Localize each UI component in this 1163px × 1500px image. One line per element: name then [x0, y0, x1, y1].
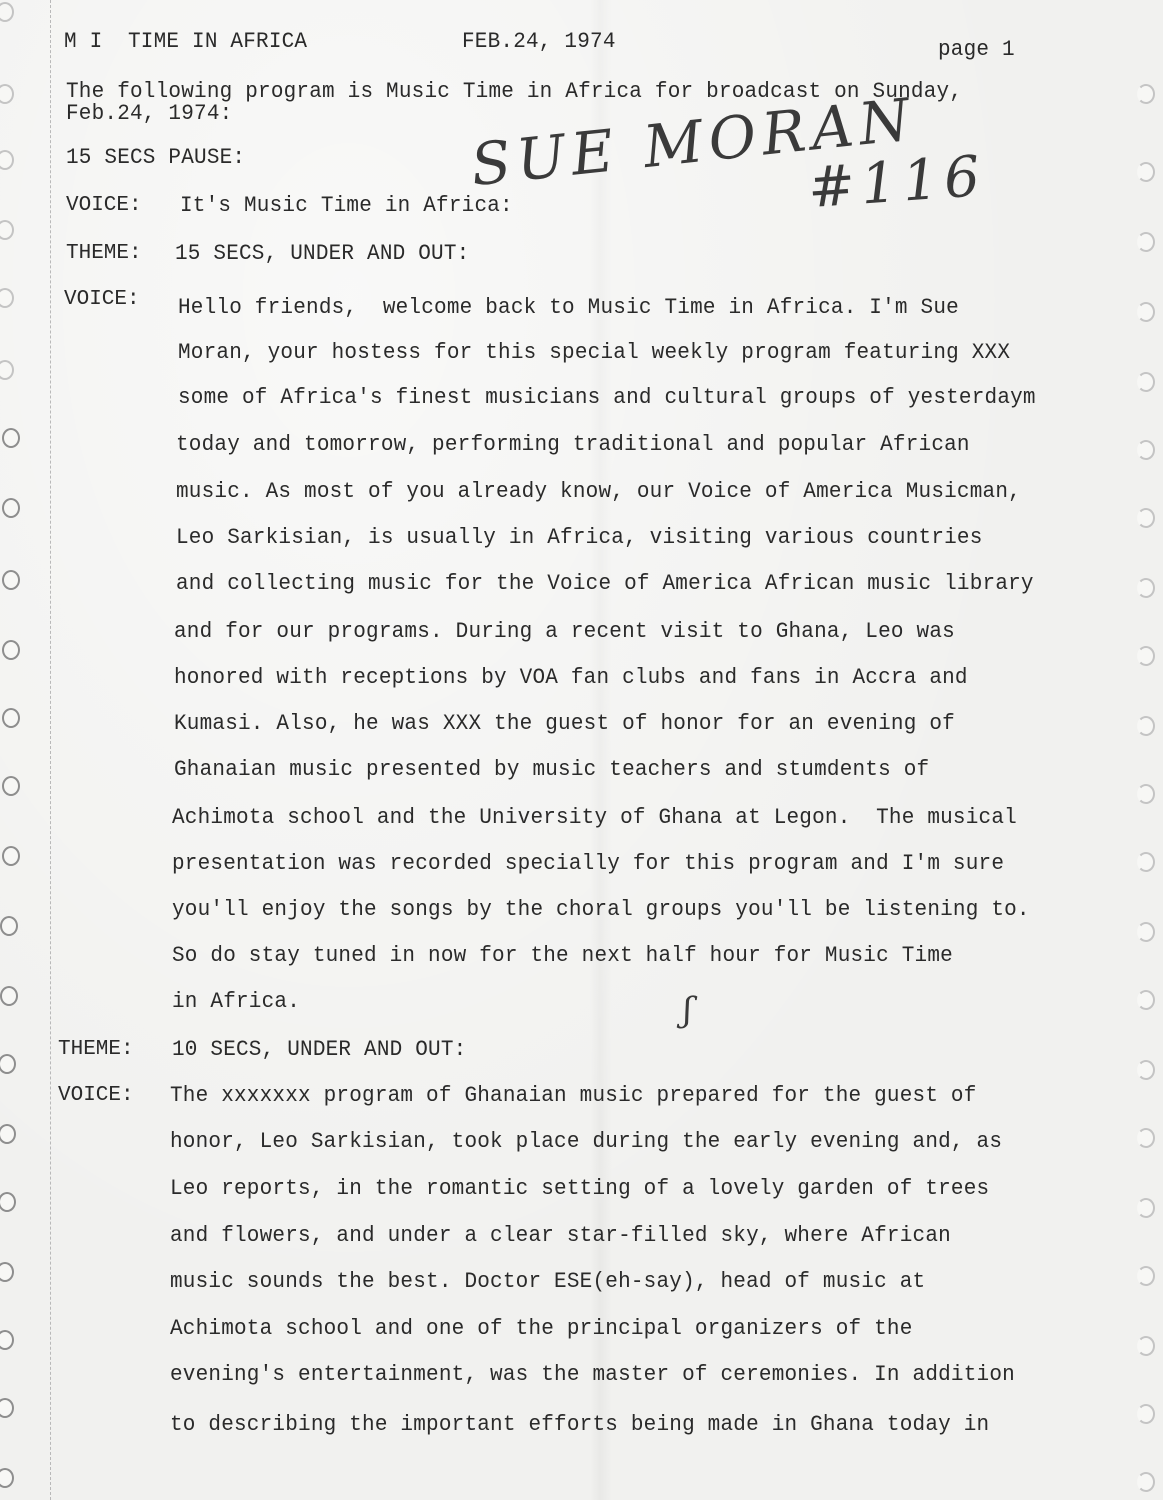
punch-hole: [0, 1124, 16, 1144]
punch-hole: [1137, 1404, 1155, 1424]
script-line: today and tomorrow, performing tradition…: [176, 433, 970, 457]
cue-label: VOICE:: [66, 194, 142, 217]
script-line: Achimota school and one of the principal…: [170, 1317, 913, 1341]
punch-hole: [1137, 162, 1155, 182]
handwritten-number: #116: [806, 144, 988, 221]
script-line: Hello friends, welcome back to Music Tim…: [178, 296, 959, 320]
punch-hole: [2, 428, 20, 448]
punch-hole: [1137, 1198, 1155, 1218]
script-line: Moran, your hostess for this special wee…: [178, 341, 1010, 365]
punch-hole: [1137, 508, 1155, 528]
punch-hole: [2, 498, 20, 518]
punch-hole: [1137, 784, 1155, 804]
script-line: Ghanaian music presented by music teache…: [174, 758, 929, 782]
script-line: music. As most of you already know, our …: [176, 480, 1021, 504]
punch-hole: [2, 640, 20, 660]
punch-hole: [2, 570, 20, 590]
cue-text: 15 SECS PAUSE:: [66, 146, 245, 170]
script-line: and collecting music for the Voice of Am…: [176, 572, 1034, 596]
punch-hole: [1137, 1266, 1155, 1286]
script-line: honored with receptions by VOA fan clubs…: [174, 666, 968, 690]
script-line: honor, Leo Sarkisian, took place during …: [170, 1130, 1002, 1154]
punch-hole: [0, 986, 18, 1006]
punch-hole: [1137, 990, 1155, 1010]
program-date: FEB.24, 1974: [462, 30, 616, 54]
punch-hole: [0, 1468, 14, 1488]
punch-hole: [1137, 440, 1155, 460]
punch-hole: [1137, 232, 1155, 252]
typed-page: M I TIME IN AFRICA FEB.24, 1974 page 1 T…: [0, 0, 1163, 1500]
script-line: music sounds the best. Doctor ESE(eh-say…: [170, 1270, 925, 1294]
script-line: evening's entertainment, was the master …: [170, 1363, 1015, 1387]
cue-label: VOICE:: [58, 1084, 134, 1107]
punch-hole: [1137, 646, 1155, 666]
program-title: M I TIME IN AFRICA: [64, 30, 307, 54]
punch-hole: [0, 220, 14, 240]
punch-hole: [1137, 1128, 1155, 1148]
punch-hole: [1137, 372, 1155, 392]
punch-hole: [1137, 716, 1155, 736]
punch-hole: [0, 1262, 14, 1282]
punch-hole: [1137, 922, 1155, 942]
punch-hole: [2, 708, 20, 728]
binding-line: [50, 0, 51, 1500]
script-line: to describing the important efforts bein…: [170, 1413, 989, 1437]
cue-label: VOICE:: [64, 288, 140, 311]
page-number: page 1: [938, 38, 1015, 62]
cue-label: THEME:: [66, 242, 142, 265]
pencil-mark-icon: ʃ: [683, 990, 692, 1030]
script-line: The xxxxxxx program of Ghanaian music pr…: [170, 1084, 977, 1108]
punch-hole: [1137, 1336, 1155, 1356]
punch-hole: [0, 1330, 14, 1350]
punch-hole: [1137, 1060, 1155, 1080]
punch-hole: [0, 2, 14, 22]
cue-text: It's Music Time in Africa:: [180, 194, 513, 218]
script-line: presentation was recorded specially for …: [172, 852, 1004, 876]
punch-hole: [1137, 302, 1155, 322]
punch-hole: [1137, 84, 1155, 104]
punch-hole: [0, 1054, 16, 1074]
punch-hole: [0, 84, 14, 104]
punch-hole: [2, 846, 20, 866]
script-line: and flowers, and under a clear star-fill…: [170, 1224, 951, 1248]
punch-hole: [1137, 578, 1155, 598]
punch-hole: [0, 360, 14, 380]
script-line: in Africa.: [172, 990, 300, 1014]
punch-hole: [0, 288, 14, 308]
punch-hole: [1137, 852, 1155, 872]
cue-text: 10 SECS, UNDER AND OUT:: [172, 1038, 466, 1062]
cue-label: THEME:: [58, 1038, 134, 1061]
script-line: Leo reports, in the romantic setting of …: [170, 1177, 989, 1201]
punch-hole: [0, 1192, 16, 1212]
cue-text: 15 SECS, UNDER AND OUT:: [175, 242, 469, 266]
script-line: you'll enjoy the songs by the choral gro…: [172, 898, 1030, 922]
punch-hole: [0, 150, 14, 170]
punch-hole: [0, 916, 18, 936]
script-line: some of Africa's finest musicians and cu…: [178, 386, 1036, 410]
script-line: Leo Sarkisian, is usually in Africa, vis…: [176, 526, 983, 550]
punch-hole: [0, 1398, 14, 1418]
script-line: Achimota school and the University of Gh…: [172, 806, 1017, 830]
script-line: Kumasi. Also, he was XXX the guest of ho…: [174, 712, 955, 736]
intro-line: Feb.24, 1974:: [66, 102, 232, 126]
punch-hole: [1137, 1472, 1155, 1492]
punch-hole: [2, 776, 20, 796]
script-line: So do stay tuned in now for the next hal…: [172, 944, 953, 968]
script-line: and for our programs. During a recent vi…: [174, 620, 955, 644]
